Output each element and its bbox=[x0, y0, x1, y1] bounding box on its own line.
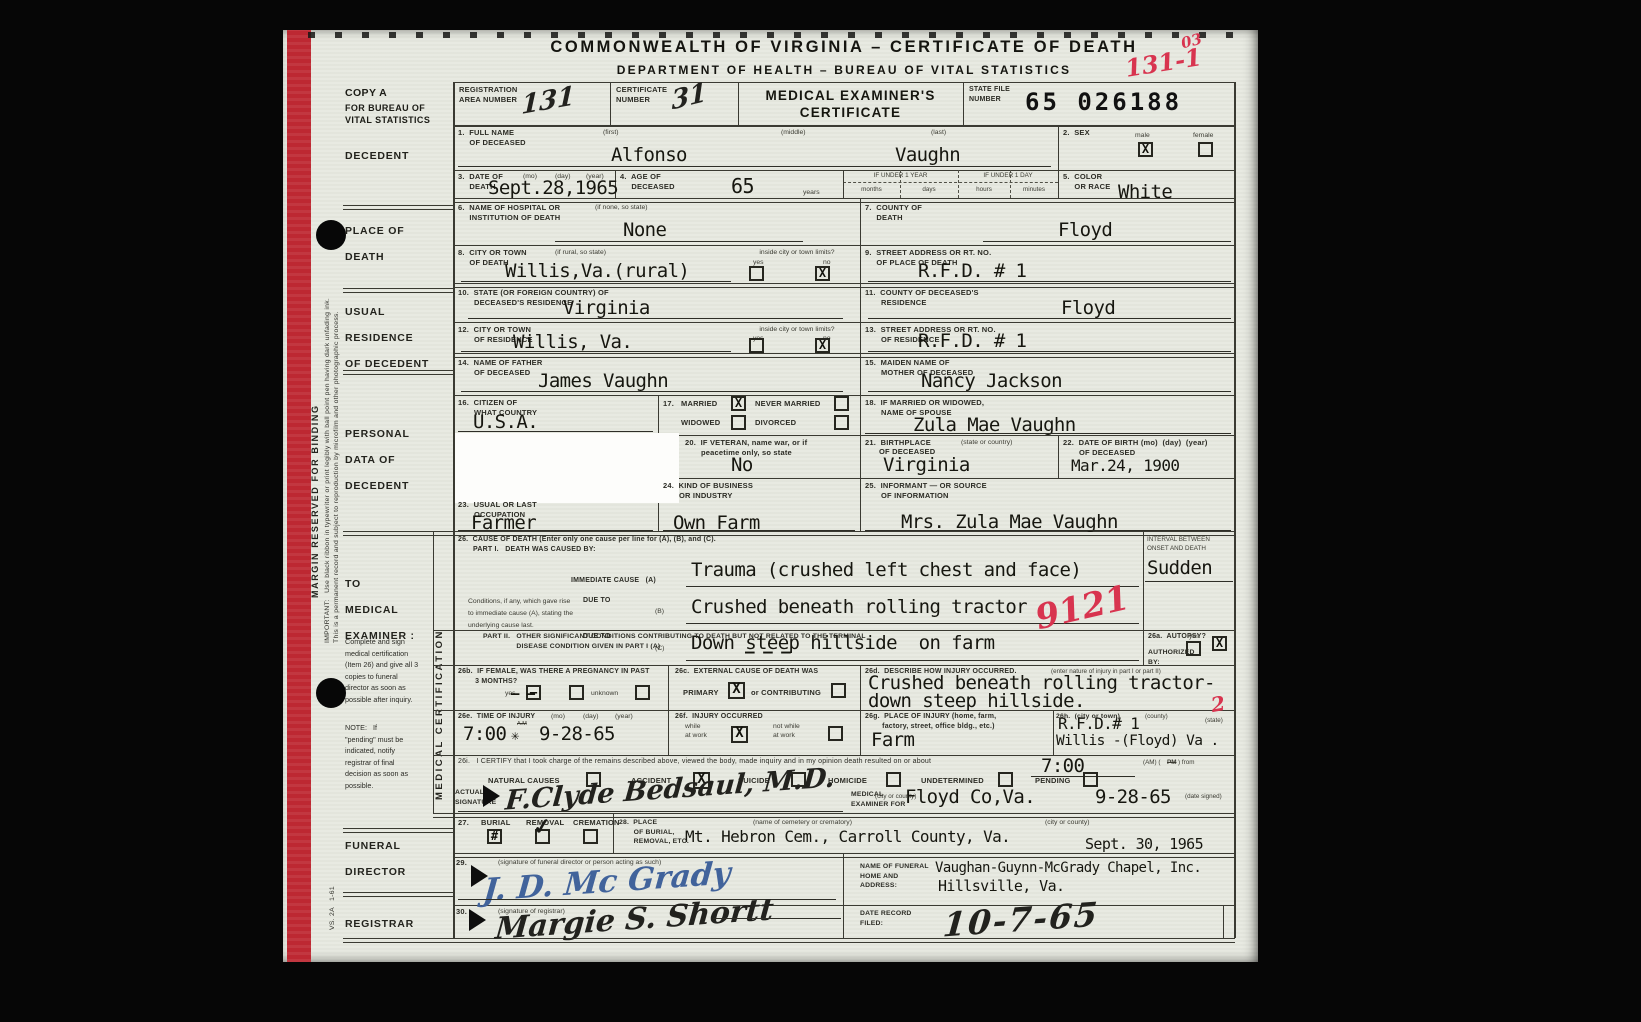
field-27-number: 27. bbox=[458, 818, 469, 828]
field-11-value: Floyd bbox=[1061, 298, 1115, 319]
field-1-last-hint: (last) bbox=[931, 128, 946, 137]
copy-sublabel: FOR BUREAU OF VITAL STATISTICS bbox=[345, 102, 430, 126]
grid-line bbox=[1058, 125, 1059, 198]
field-1-last-value: Vaughn bbox=[895, 145, 960, 166]
undetermined-label: UNDETERMINED bbox=[921, 776, 984, 786]
funeral-home-value1: Vaughan-Guynn-McGrady Chapel, Inc. bbox=[935, 860, 1201, 876]
checkbox-pending bbox=[1083, 772, 1098, 787]
field-20-value: No bbox=[731, 455, 753, 476]
date-record-filed-label: DATE RECORD FILED: bbox=[860, 909, 912, 928]
field-28-cemetery-hint: (name of cemetery or crematory) bbox=[753, 818, 852, 827]
field-21-hint: (state or country) bbox=[961, 438, 1012, 447]
grid-line bbox=[963, 82, 964, 125]
side-label-funeral-director: FUNERAL DIRECTOR bbox=[345, 840, 406, 879]
field-2-label: 2. SEX bbox=[1063, 128, 1090, 138]
checkbox-widowed bbox=[731, 415, 746, 430]
field-28-city-hint: (city or county) bbox=[1045, 818, 1090, 827]
pending-note: NOTE: If "pending" must be indicated, no… bbox=[345, 722, 408, 791]
checkbox-contributing bbox=[831, 683, 846, 698]
field-7-value: Floyd bbox=[1058, 220, 1112, 241]
immediate-cause-label: IMMEDIATE CAUSE (A) bbox=[571, 576, 656, 586]
grid-line bbox=[453, 322, 1235, 323]
field-26e-mo-hint: (mo) bbox=[551, 712, 565, 721]
date-signed-hint: (date signed) bbox=[1185, 792, 1222, 801]
field-26h-county-hint: (county) bbox=[1145, 712, 1168, 721]
field-26i-ampm-pre: (AM) ( bbox=[1143, 758, 1161, 767]
writing-line bbox=[663, 530, 855, 531]
field-26c-primary-label: PRIMARY bbox=[683, 688, 719, 698]
field-4-years-hint: years bbox=[803, 188, 820, 197]
signature-arrow-icon bbox=[483, 785, 500, 807]
field-26h-value1: R.F.D.# 1 bbox=[1058, 715, 1139, 733]
field-17-never-married-label: NEVER MARRIED bbox=[755, 399, 821, 409]
field-26a-yes-hint: yes bbox=[1189, 632, 1200, 641]
grid-line bbox=[343, 938, 1235, 943]
writing-line bbox=[458, 431, 653, 432]
field-14-label: 14. NAME OF FATHER OF DECEASED bbox=[458, 358, 543, 377]
grid-line bbox=[453, 245, 1235, 246]
checkbox-never-married bbox=[834, 396, 849, 411]
field-17-married-label: MARRIED bbox=[681, 399, 717, 409]
field-28-date: Sept. 30, 1965 bbox=[1085, 836, 1203, 853]
field-26e-date-value: 9-28-65 bbox=[539, 724, 615, 745]
grid-line bbox=[1234, 82, 1236, 938]
writing-line bbox=[458, 166, 1051, 167]
field-1-label: 1. FULL NAME OF DECEASED bbox=[458, 128, 526, 147]
writing-line bbox=[868, 351, 1231, 352]
interval-value: Sudden bbox=[1147, 558, 1212, 579]
checkbox-burial: # bbox=[487, 829, 502, 844]
medical-examiner-note: Complete and sign medical certification … bbox=[345, 636, 418, 705]
field-17-widowed-label: WIDOWED bbox=[681, 418, 720, 428]
grid-line bbox=[453, 82, 455, 938]
field-24-label: 24. KIND OF BUSINESS OR INDUSTRY bbox=[663, 481, 753, 500]
conditions-note: Conditions, if any, which gave rise to i… bbox=[468, 596, 573, 632]
field-26f-while-hint: while at work bbox=[685, 722, 707, 740]
cremation-label: CREMATION bbox=[573, 818, 620, 828]
side-label-usual-residence: USUAL RESIDENCE OF DECEDENT bbox=[345, 306, 429, 371]
death-certificate-document: MARGIN RESERVED FOR BINDING IMPORTANT: U… bbox=[283, 30, 1258, 962]
grid-line bbox=[343, 205, 453, 210]
grid-line bbox=[433, 665, 1235, 666]
field-12-value: Willis, Va. bbox=[513, 332, 632, 353]
writing-line bbox=[458, 811, 843, 812]
grid-line bbox=[860, 665, 861, 755]
field-3-value: Sept.28,1965 bbox=[488, 178, 618, 199]
field-26f-not-while-hint: not while at work bbox=[773, 722, 800, 740]
writing-line bbox=[458, 530, 653, 531]
hours-label: hours bbox=[958, 185, 1010, 194]
field-26h-value2: Willis -(Floyd) Va . bbox=[1056, 733, 1219, 749]
cause-a-value: Trauma (crushed left chest and face) bbox=[691, 560, 1081, 581]
writing-line bbox=[555, 241, 803, 242]
checkbox-homicide bbox=[886, 772, 901, 787]
side-label-registrar: REGISTRAR bbox=[345, 918, 414, 931]
removal-check-mark: ✓ bbox=[532, 813, 553, 841]
grid-line bbox=[343, 828, 453, 833]
registration-area-number-value: 131 bbox=[521, 81, 576, 121]
writing-line bbox=[865, 530, 1231, 531]
field-2-female-hint: female bbox=[1193, 131, 1213, 140]
field-6-hint: (if none, so state) bbox=[595, 203, 648, 212]
field-26b-unknown-hint: unknown bbox=[591, 689, 618, 698]
checkbox-not-while-at-work bbox=[828, 726, 843, 741]
document-subtitle: DEPARTMENT OF HEALTH – BUREAU OF VITAL S… bbox=[453, 63, 1235, 77]
field-30-number: 30. bbox=[456, 907, 467, 917]
funeral-home-value2: Hillsville, Va. bbox=[938, 878, 1064, 895]
funeral-home-label: NAME OF FUNERAL HOME AND ADDRESS: bbox=[860, 862, 929, 891]
pregnancy-dash-overstrike: — — bbox=[511, 686, 535, 702]
registration-area-number-label: REGISTRATION AREA NUMBER bbox=[459, 85, 518, 104]
certificate-number-value: 31 bbox=[671, 77, 707, 116]
burial-label: BURIAL bbox=[481, 818, 511, 828]
field-28-label: 28. PLACE OF BURIAL, REMOVAL, ETC. bbox=[619, 818, 689, 847]
field-26f-label: 26f. INJURY OCCURRED bbox=[675, 712, 763, 722]
state-file-number-label: STATE FILE NUMBER bbox=[969, 85, 1010, 104]
grid-line bbox=[343, 892, 453, 897]
checkbox-cremation bbox=[583, 829, 598, 844]
copy-label: COPY A bbox=[345, 87, 387, 99]
punch-hole bbox=[316, 678, 346, 708]
field-25-label: 25. INFORMANT — OR SOURCE OF INFORMATION bbox=[865, 481, 987, 500]
field-6-label: 6. NAME OF HOSPITAL OR INSTITUTION OF DE… bbox=[458, 203, 560, 222]
grid-line bbox=[453, 125, 1235, 127]
writing-line bbox=[686, 586, 1139, 587]
field-26e-time-value: 7:00 bbox=[463, 724, 506, 745]
under-1-day-label: IF UNDER 1 DAY bbox=[958, 171, 1058, 180]
field-8-hint: (if rural, so state) bbox=[555, 248, 606, 257]
field-26i-time-value: 7:00 bbox=[1041, 756, 1084, 777]
checkbox-res-limits-no: X bbox=[815, 338, 830, 353]
field-26e-ampm-overstrike: ✳ bbox=[511, 728, 519, 744]
checkbox-undetermined bbox=[998, 772, 1013, 787]
writing-line bbox=[461, 281, 731, 282]
field-2-male-hint: male bbox=[1135, 131, 1150, 140]
field-16-value: U.S.A. bbox=[473, 412, 538, 433]
binding-margin-text: MARGIN RESERVED FOR BINDING bbox=[310, 370, 320, 598]
medical-examiner-date: 9-28-65 bbox=[1095, 787, 1171, 808]
field-17-divorced-label: DIVORCED bbox=[755, 418, 796, 428]
certificate-number-label: CERTIFICATE NUMBER bbox=[616, 85, 667, 104]
cause-b-hint: (B) bbox=[655, 607, 664, 616]
field-22-value: Mar.24, 1900 bbox=[1071, 457, 1179, 475]
medical-certification-vertical-label: MEDICAL CERTIFICATION bbox=[434, 548, 445, 800]
field-26e-year-hint: (year) bbox=[615, 712, 633, 721]
medical-examiners-certificate-heading: MEDICAL EXAMINER'S CERTIFICATE bbox=[738, 87, 963, 121]
checkbox-divorced bbox=[834, 415, 849, 430]
grid-line bbox=[433, 710, 1235, 711]
field-5-value: White bbox=[1118, 182, 1172, 203]
cause-b-value: Crushed beneath rolling tractor bbox=[691, 597, 1027, 618]
important-note-line2: This is a permanent record and subject t… bbox=[333, 275, 340, 643]
part2-label: PART II. OTHER SIGNIFICANT CONDITIONS CO… bbox=[483, 632, 866, 651]
medical-examiner-for-label: MEDICAL EXAMINER FOR bbox=[851, 790, 906, 809]
form-number: VS. 2A 1-61 bbox=[329, 858, 336, 930]
field-26h-state-hint: (state) bbox=[1205, 716, 1223, 725]
field-4-value: 65 bbox=[731, 176, 754, 197]
field-26h-red-mark: 2 bbox=[1209, 691, 1227, 717]
side-label-personal-data: PERSONAL DATA OF DECEDENT bbox=[345, 428, 410, 493]
grid-line bbox=[843, 182, 1058, 183]
writing-line bbox=[461, 391, 843, 392]
writing-line bbox=[983, 241, 1231, 242]
field-9-value: R.F.D. # 1 bbox=[918, 261, 1026, 282]
writing-line bbox=[461, 351, 731, 352]
due-to-label-1: DUE TO bbox=[583, 596, 611, 606]
grid-line bbox=[610, 82, 611, 125]
field-26c-contributing-label: or CONTRIBUTING bbox=[751, 688, 821, 698]
checkbox-autopsy-no: X bbox=[1212, 636, 1227, 651]
field-8-value: Willis,Va.(rural) bbox=[505, 261, 689, 282]
writing-line bbox=[468, 318, 843, 319]
checkbox-while-at-work: X bbox=[731, 726, 748, 743]
grid-line bbox=[1058, 435, 1059, 478]
writing-line bbox=[868, 391, 1231, 392]
checkbox-limits-yes bbox=[749, 266, 764, 281]
field-26i-ampm-post: ) from bbox=[1178, 758, 1194, 767]
side-label-decedent: DECEDENT bbox=[345, 150, 409, 163]
field-5-label: 5. COLOR OR RACE bbox=[1063, 172, 1110, 191]
grid-line bbox=[1053, 710, 1054, 755]
important-note-line1: IMPORTANT: Use black ribbon in typewrite… bbox=[324, 275, 331, 643]
field-14-value: James Vaughn bbox=[538, 371, 668, 392]
signature-arrow-icon bbox=[469, 909, 486, 931]
grid-line bbox=[843, 853, 844, 938]
grid-line bbox=[433, 531, 434, 813]
part2-value: — — — bbox=[745, 643, 790, 661]
months-label: months bbox=[843, 185, 900, 194]
interval-label: INTERVAL BETWEEN ONSET AND DEATH bbox=[1147, 535, 1210, 553]
grid-line bbox=[1143, 531, 1144, 665]
grid-line bbox=[433, 755, 1235, 756]
minutes-label: minutes bbox=[1010, 185, 1058, 194]
redaction-box bbox=[455, 433, 679, 503]
medical-examiner-signature: F.Clyde Bedsaul, M.D. bbox=[504, 762, 836, 816]
grid-line bbox=[453, 353, 1235, 358]
document-title: COMMONWEALTH OF VIRGINIA – CERTIFICATE O… bbox=[453, 38, 1235, 57]
field-4-label: 4. AGE OF DECEASED bbox=[620, 172, 675, 191]
grid-line bbox=[860, 198, 861, 531]
field-1-first-hint: (first) bbox=[603, 128, 618, 137]
field-15-value: Nancy Jackson bbox=[921, 371, 1062, 392]
photo-background: MARGIN RESERVED FOR BINDING IMPORTANT: U… bbox=[0, 0, 1641, 1022]
field-8-limits-hint: inside city or town limits? bbox=[738, 248, 856, 257]
field-26a-authorized-label: AUTHORIZED BY: bbox=[1148, 648, 1195, 667]
checkbox-sex-female bbox=[1198, 142, 1213, 157]
field-29-number: 29. bbox=[456, 858, 467, 868]
under-1-year-label: IF UNDER 1 YEAR bbox=[843, 171, 958, 180]
state-file-number-value: 65 026188 bbox=[1025, 88, 1182, 116]
field-26b-label: 26b. IF FEMALE, WAS THERE A PREGNANCY IN… bbox=[458, 667, 650, 686]
field-13-value: R.F.D. # 1 bbox=[918, 331, 1026, 352]
field-1-first-value: Alfonso bbox=[611, 145, 687, 166]
field-26c-label: 26c. EXTERNAL CAUSE OF DEATH WAS bbox=[675, 667, 818, 677]
writing-line bbox=[868, 318, 1231, 319]
days-label: days bbox=[900, 185, 958, 194]
checkbox-pregnancy-unknown bbox=[635, 685, 650, 700]
checkbox-primary: X bbox=[728, 682, 745, 699]
writing-line bbox=[865, 433, 1231, 434]
field-26-part1-label: PART I. DEATH WAS CAUSED BY: bbox=[473, 545, 596, 555]
field-26-header: 26. CAUSE OF DEATH (Enter only one cause… bbox=[458, 535, 716, 545]
field-22-label: 22. DATE OF BIRTH (mo) (day) (year) OF D… bbox=[1063, 438, 1208, 457]
signature-flourish bbox=[713, 918, 841, 919]
checkbox-married: X bbox=[731, 396, 746, 411]
field-1-middle-hint: (middle) bbox=[781, 128, 806, 137]
checkbox-limits-no: X bbox=[815, 266, 830, 281]
checkbox-sex-male: X bbox=[1138, 142, 1153, 157]
checkbox-pregnancy-no bbox=[569, 685, 584, 700]
field-11-label: 11. COUNTY OF DECEASED'S RESIDENCE bbox=[865, 288, 979, 307]
field-17-number: 17. bbox=[663, 399, 674, 409]
writing-line bbox=[868, 281, 1231, 282]
checkbox-res-limits-yes bbox=[749, 338, 764, 353]
side-label-place-of-death: PLACE OF DEATH bbox=[345, 225, 404, 264]
grid-line bbox=[1223, 905, 1224, 938]
field-26i-ampm-struck: PM bbox=[1167, 758, 1176, 767]
field-10-value: Virginia bbox=[563, 298, 650, 319]
writing-line bbox=[1145, 581, 1233, 582]
field-26g-value: Farm bbox=[871, 730, 914, 751]
field-26i-certify-text: 26i. I CERTIFY that I took charge of the… bbox=[458, 757, 931, 767]
field-7-label: 7. COUNTY OF DEATH bbox=[865, 203, 922, 222]
side-label-to-medical-examiner: TO MEDICAL EXAMINER : bbox=[345, 578, 415, 643]
field-26e-day-hint: (day) bbox=[583, 712, 599, 721]
pending-label: PENDING bbox=[1035, 776, 1071, 786]
grid-line bbox=[343, 288, 453, 293]
grid-line bbox=[668, 665, 669, 755]
field-26d-value2: down steep hillside. bbox=[868, 691, 1085, 712]
field-28-value: Mt. Hebron Cem., Carroll County, Va. bbox=[685, 828, 1010, 846]
punch-hole bbox=[316, 220, 346, 250]
binding-stripe bbox=[287, 30, 311, 962]
field-12-limits-hint: inside city or town limits? bbox=[738, 325, 856, 334]
medical-examiner-for-value: Floyd Co,Va. bbox=[905, 787, 1035, 808]
field-6-value: None bbox=[623, 220, 666, 241]
field-21-value: Virginia bbox=[883, 455, 970, 476]
